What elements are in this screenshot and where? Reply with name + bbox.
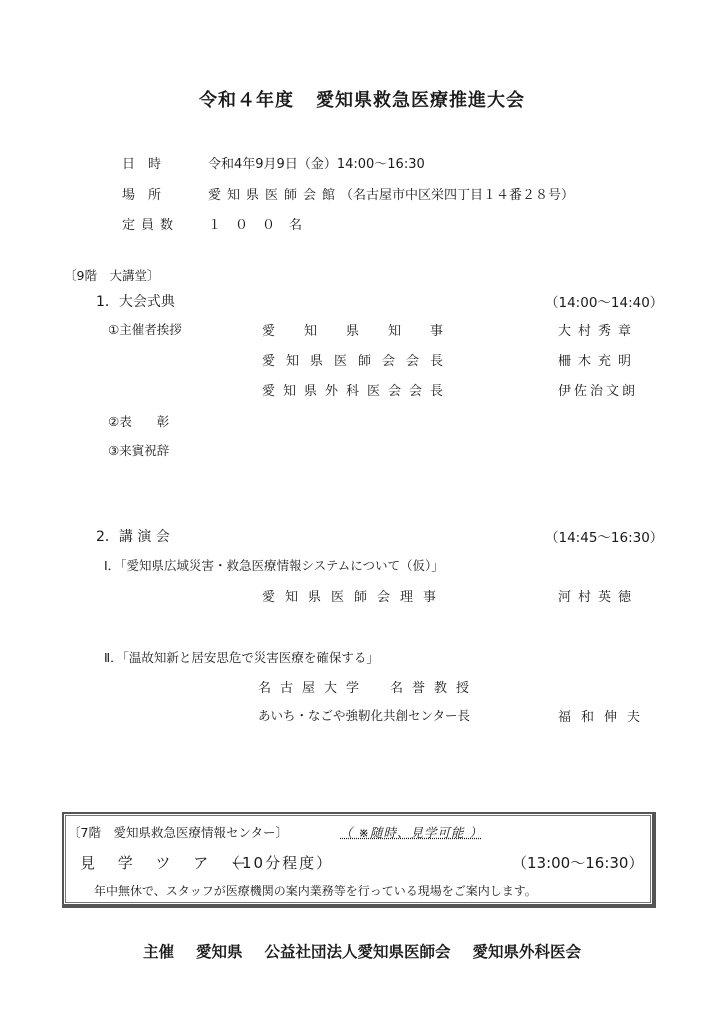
lecturer-role: 愛知県医師会理事: [262, 586, 446, 605]
speaker-role: 愛知県外科医会会長: [262, 380, 451, 399]
lecturer-name: 河村英徳: [558, 586, 638, 605]
place-value: 愛知県医師会館: [208, 184, 341, 203]
date-value: 令和4年9月9日（金）14:00～16:30: [208, 153, 425, 172]
page-title: 令和４年度愛知県救急医療推進大会: [0, 86, 724, 112]
organizer: 愛知県: [196, 943, 243, 961]
tour-time: （13:00～16:30）: [512, 852, 643, 873]
lecture-number: Ⅰ．: [104, 558, 120, 573]
speaker-role: 愛知県医師会会長: [262, 350, 454, 369]
speaker-role: 愛知県知事: [262, 320, 472, 339]
lecture-1-title: Ⅰ．「愛知県広域災害・救急医療情報システムについて（仮）」: [104, 556, 444, 574]
ceremony-item-greeting: ①主催者挨拶: [108, 320, 182, 338]
speaker-name: 伊佐治文朗: [558, 380, 638, 399]
lecturer-affiliation: 名古屋大学 名誉教授: [258, 677, 478, 696]
lecturer-position: あいち・なごや強靭化共創センター長: [258, 706, 470, 724]
date-label: 日 時: [122, 153, 161, 172]
tour-note: （ ※随時、見学可能 ）: [340, 823, 483, 841]
organizers: 主催愛知県公益社団法人愛知県医師会愛知県外科医会: [0, 940, 724, 962]
lecture-title: 「愛知県広域災害・救急医療情報システムについて（仮）」: [120, 558, 444, 573]
lectures-heading: 2．講 演 会: [96, 526, 170, 546]
lectures-time: （14:45～16:30）: [545, 526, 663, 546]
title-event: 愛知県救急医療推進大会: [316, 90, 525, 111]
organizers-label: 主催: [143, 943, 174, 961]
ceremony-item-guest-speech: ③来賓祝辞: [108, 441, 169, 459]
capacity-label: 定員数: [122, 214, 179, 233]
place-label: 場 所: [122, 184, 161, 203]
lecturer-name: 福和伸夫: [558, 706, 650, 725]
title-year: 令和４年度: [199, 90, 294, 111]
tour-description: 年中無休で、スタッフが医療機関の案内業務等を行っている現場をご案内します。: [94, 882, 537, 899]
lecture-2-title: Ⅱ．「温故知新と居安思危で災害医療を確保する」: [104, 648, 379, 666]
capacity-value: １００名: [208, 214, 316, 233]
place-address: （名古屋市中区栄四丁目１４番２８号）: [340, 184, 574, 203]
organizer: 愛知県外科医会: [473, 943, 582, 961]
ceremony-heading: 1．大会式典: [96, 291, 175, 311]
organizer: 公益社団法人愛知県医師会: [265, 943, 451, 961]
ceremony-item-awards: ②表 彰: [108, 412, 169, 430]
ceremony-time: （14:00～14:40）: [545, 291, 663, 311]
speaker-name: 柵木充明: [558, 350, 638, 369]
lecture-title: 「温故知新と居安思危で災害医療を確保する」: [123, 650, 379, 665]
speaker-name: 大村秀章: [558, 320, 638, 339]
tour-duration: （10分程度）: [225, 852, 333, 873]
hall-location: 〔9階 大講堂〕: [64, 266, 159, 284]
tour-location: 〔7階 愛知県救急医療情報センター〕: [68, 823, 288, 841]
lecture-number: Ⅱ．: [104, 650, 123, 665]
